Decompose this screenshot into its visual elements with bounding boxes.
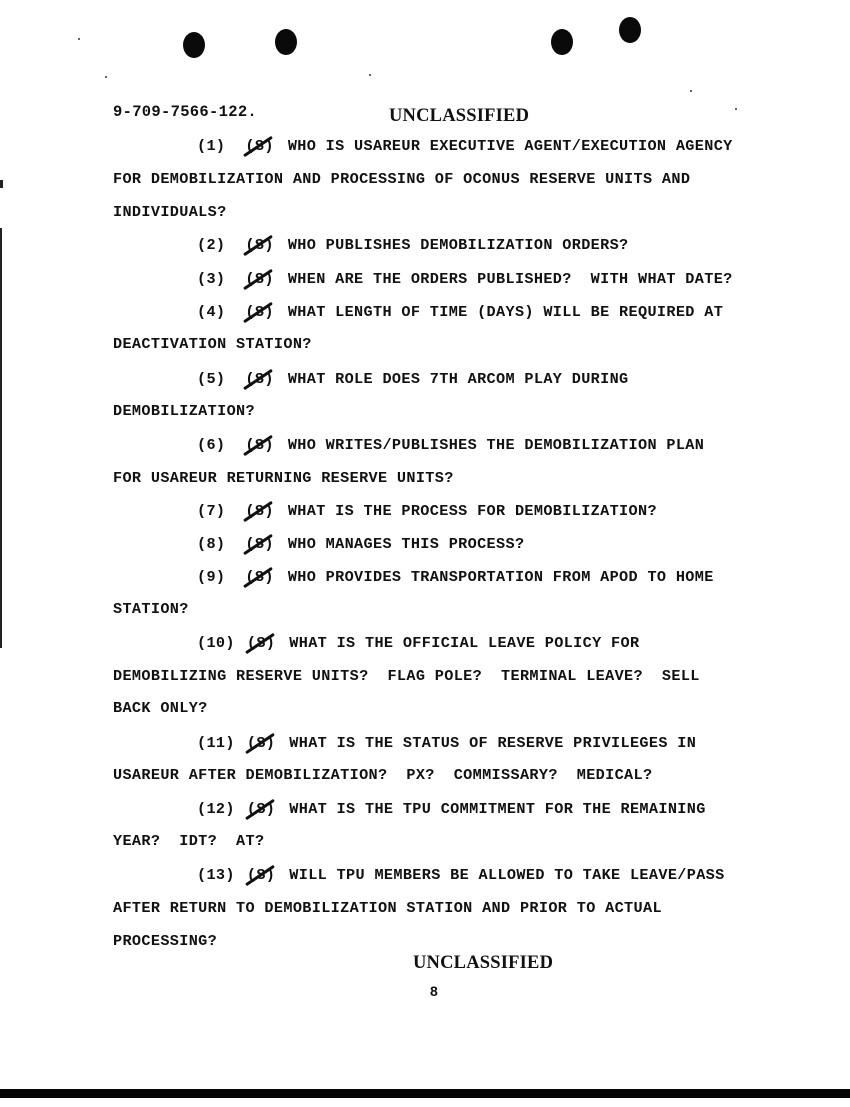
struck-classification-mark: (S) xyxy=(245,370,273,388)
question-1: (1)(S)WHO IS USAREUR EXECUTIVE AGENT/EXE… xyxy=(197,137,733,155)
scan-speck xyxy=(690,90,692,92)
scan-speck xyxy=(78,38,80,40)
question-1-continuation: FOR DEMOBILIZATION AND PROCESSING OF OCO… xyxy=(113,170,690,188)
question-4: (4)(S)WHAT LENGTH OF TIME (DAYS) WILL BE… xyxy=(197,303,723,321)
scan-left-edge xyxy=(0,228,2,648)
page-number: 8 xyxy=(430,983,438,999)
question-12: (12)(S)WHAT IS THE TPU COMMITMENT FOR TH… xyxy=(197,800,706,818)
question-5-continuation: DEMOBILIZATION? xyxy=(113,402,255,420)
struck-classification-mark: (S) xyxy=(245,502,273,520)
question-6-continuation: FOR USAREUR RETURNING RESERVE UNITS? xyxy=(113,469,454,487)
question-3: (3)(S)WHEN ARE THE ORDERS PUBLISHED? WIT… xyxy=(197,270,733,288)
question-13: (13)(S)WILL TPU MEMBERS BE ALLOWED TO TA… xyxy=(197,866,725,884)
question-5: (5)(S)WHAT ROLE DOES 7TH ARCOM PLAY DURI… xyxy=(197,370,629,388)
struck-classification-mark: (S) xyxy=(245,270,273,288)
question-13-continuation: AFTER RETURN TO DEMOBILIZATION STATION A… xyxy=(113,899,662,917)
question-9-continuation: STATION? xyxy=(113,600,189,618)
scan-left-edge xyxy=(0,180,3,188)
struck-classification-mark: (S) xyxy=(247,800,275,818)
scan-speck xyxy=(105,76,107,78)
classification-footer: UNCLASSIFIED xyxy=(413,953,553,974)
punch-hole-2 xyxy=(275,29,297,55)
punch-hole-1 xyxy=(183,32,205,58)
scan-bottom-bar xyxy=(0,1089,850,1098)
question-11-continuation: USAREUR AFTER DEMOBILIZATION? PX? COMMIS… xyxy=(113,766,652,784)
punch-hole-4 xyxy=(619,17,641,43)
struck-classification-mark: (S) xyxy=(245,303,273,321)
struck-classification-mark: (S) xyxy=(245,535,273,553)
scan-speck xyxy=(369,74,371,76)
struck-classification-mark: (S) xyxy=(245,236,273,254)
struck-classification-mark: (S) xyxy=(247,866,275,884)
struck-classification-mark: (S) xyxy=(245,436,273,454)
question-8: (8)(S)WHO MANAGES THIS PROCESS? xyxy=(197,535,524,553)
question-13-continuation: PROCESSING? xyxy=(113,932,217,950)
question-2: (2)(S)WHO PUBLISHES DEMOBILIZATION ORDER… xyxy=(197,236,629,254)
question-11: (11)(S)WHAT IS THE STATUS OF RESERVE PRI… xyxy=(197,734,696,752)
question-6: (6)(S)WHO WRITES/PUBLISHES THE DEMOBILIZ… xyxy=(197,436,704,454)
document-id: 9-709-7566-122. xyxy=(113,103,257,121)
struck-classification-mark: (S) xyxy=(247,634,275,652)
question-9: (9)(S)WHO PROVIDES TRANSPORTATION FROM A… xyxy=(197,568,714,586)
struck-classification-mark: (S) xyxy=(247,734,275,752)
struck-classification-mark: (S) xyxy=(245,137,273,155)
struck-classification-mark: (S) xyxy=(245,568,273,586)
question-10-continuation: DEMOBILIZING RESERVE UNITS? FLAG POLE? T… xyxy=(113,667,700,685)
question-10-continuation: BACK ONLY? xyxy=(113,699,208,717)
question-12-continuation: YEAR? IDT? AT? xyxy=(113,832,264,850)
question-7: (7)(S)WHAT IS THE PROCESS FOR DEMOBILIZA… xyxy=(197,502,657,520)
question-4-continuation: DEACTIVATION STATION? xyxy=(113,335,312,353)
question-10: (10)(S)WHAT IS THE OFFICIAL LEAVE POLICY… xyxy=(197,634,639,652)
classification-header: UNCLASSIFIED xyxy=(389,106,529,127)
punch-hole-3 xyxy=(551,29,573,55)
question-1-continuation: INDIVIDUALS? xyxy=(113,203,227,221)
scan-speck xyxy=(735,108,737,110)
